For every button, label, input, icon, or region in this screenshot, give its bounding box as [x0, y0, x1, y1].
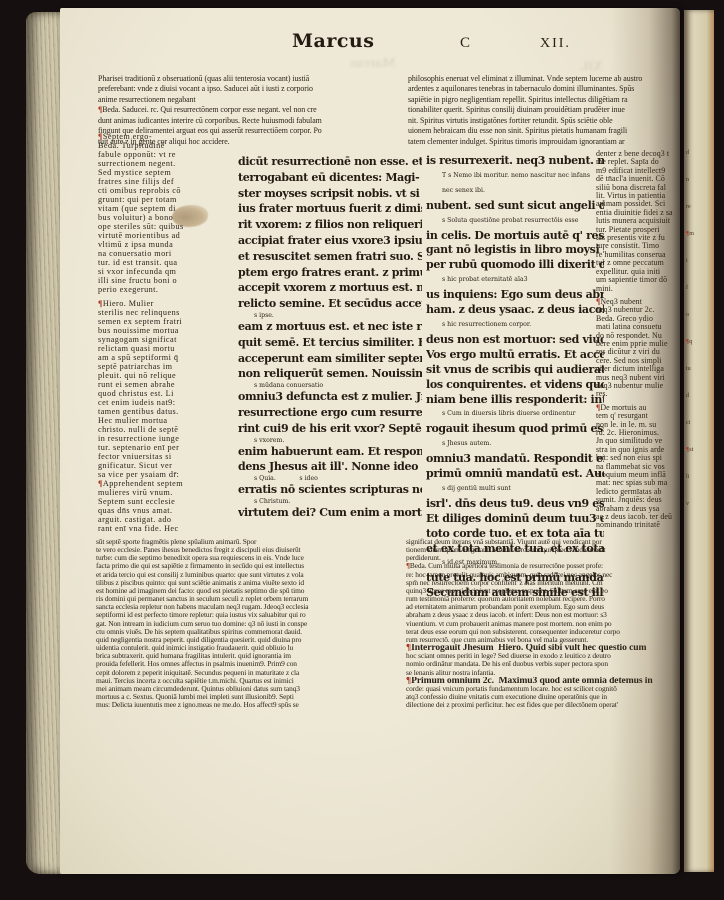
text-line: bat: sed non eius spi [596, 454, 684, 462]
text-line: sūt septē sporte fragmētis plene spūaliu… [96, 538, 410, 546]
text-line: deus non est mortuor: sed viuor [426, 333, 604, 348]
text-line: septē patriarchas im [98, 362, 238, 371]
text-line: Beda. Turpitudinē [98, 141, 238, 150]
text-line: se lenanis alitur nostra infantia. [406, 669, 686, 677]
text-line: neq3 nubentur 2c. [596, 306, 684, 314]
text-line: ius frater mortuus fuerit z dimise- [238, 201, 422, 217]
text-line: ptem ergo fratres erant. z primus [238, 265, 422, 281]
text-line: in resurrectione iunge [98, 434, 238, 443]
text-line: s ipse. [238, 312, 422, 319]
text-line: virtutē morientibus ad [98, 231, 238, 240]
text-line: significat deum iterans vnā substantiā. … [406, 538, 686, 546]
text-line: Sed mystice septem [98, 168, 238, 177]
text-line: tur. Pietate prosperi [596, 226, 684, 234]
text-line: ¶Neq3 nubent [596, 298, 684, 306]
text-line: quit semē. Et tercius similiter. Et [238, 335, 422, 351]
text-line: tionem suam quam elegerant. Mortui vero … [406, 546, 686, 554]
text-line: quod christus est. Li [98, 389, 238, 398]
text-line: Septem sunt ecclesie [98, 497, 238, 506]
bottom-commentary-left: sūt septē sporte fragmētis plene spūaliu… [96, 538, 410, 709]
rubric-pilcrow: ¶ [98, 479, 103, 488]
text-line: mati latina consuetu [596, 323, 684, 331]
text-line: tur. id est transit. qua [98, 258, 238, 267]
text-line: ad eternitatem animarum probandam ponit … [406, 603, 686, 611]
text-line: mus: Delicta iuuentutis mee z igno.meas … [96, 701, 410, 709]
text-line: tilibus z piscibus quinto: qui sunt sciē… [96, 579, 410, 587]
text-line: ¶Beda. Cum multa apertiora testimonia de… [406, 562, 686, 570]
page-title-book: Marcus [292, 30, 374, 52]
text-line: tas presentis vite z fu [596, 234, 684, 242]
text-line: et arida tercio qui est consilij z lumin… [96, 571, 410, 579]
text-line: nit. Spiritus virtutis instigatōnes fort… [408, 116, 682, 126]
text-line: per rubū quomodo illi dixerit de [426, 258, 604, 273]
adjacent-page-text-fragment: re [686, 194, 712, 221]
text-line: Hec mulier mortua [98, 416, 238, 425]
rubric-pilcrow: ¶ [406, 677, 411, 685]
text-line: s hic probat eternitatē aīa3 [426, 273, 604, 288]
text-line: accepit vxorem z mortuus est. nō [238, 280, 422, 296]
fore-edge-red-stain [711, 13, 721, 870]
chapter-letter: C [460, 35, 470, 52]
text-line: ru. 2c. Hieronimus. [596, 429, 684, 437]
text-line: rum testimoniā proferre: quorum autorita… [406, 595, 686, 603]
text-line: cet enim iudeis nat9: [98, 398, 238, 407]
text-line: eam z mortuus est. et nec iste reli- [238, 319, 422, 335]
adjacent-page-text-fragment: o [686, 302, 712, 329]
text-line: semen ex septem fratri [98, 317, 238, 326]
text-line: ledicto germīatas ab [596, 488, 684, 496]
text-line: nominando trinitatē [596, 521, 684, 529]
text-line: omniu3 defuncta est z mulier. Jn [238, 389, 422, 405]
text-line: s Christum. [238, 498, 422, 505]
text-line: est homine ad imaginem dei facto: quod e… [96, 587, 410, 595]
text-line: runt ei semen abrahe [98, 380, 238, 389]
text-line: turbe: cum die septimo benedixit opera s… [96, 554, 410, 562]
adjacent-page-text-fragment: ¶st [686, 437, 712, 464]
text-line: atq3 confessio diuine vnitatis cum execu… [406, 693, 686, 701]
text-line: am a spū septiformi q̄ [98, 353, 238, 362]
text-line: Et diliges dominū deum tuu3 ex [426, 512, 604, 527]
text-line: surrectionem negent. [98, 159, 238, 168]
text-line: abraham z deus ysa [596, 505, 684, 513]
text-line: gnificatur. Sicut ver [98, 461, 238, 470]
text-line: arguit. castigat. ado [98, 515, 238, 524]
text-line: brica subtraxerit. quid humana fragilita… [96, 652, 410, 660]
text-line: uionem hebraicam diu esse non sinit. Spi… [408, 126, 682, 136]
text-line: citer dictum intelliga [596, 365, 684, 373]
text-line: bus nouissime mortua [98, 326, 238, 335]
text-line: ope steriles sūt: quibus [98, 222, 238, 231]
text-line: terat deus esse eorum qui non subsistere… [406, 628, 686, 636]
text-line: dunt animas iudicantes interire cū corpo… [98, 116, 400, 126]
text-line: relictam quasi mortu [98, 344, 238, 353]
text-line: res dicūtur z viri du [596, 348, 684, 356]
text-line: gat. Non intream in iudicium cum seruo t… [96, 620, 410, 628]
text-line: ac z deus iacob. ter deū [596, 513, 684, 521]
text-line: rum resurrectō. que cum animabus vel bon… [406, 636, 686, 644]
text-line: septiformi id est perfecto timore replet… [96, 611, 410, 619]
text-line: quas dn̄s vnus amat. [98, 506, 238, 515]
text-line: ham. z deus ysaac. z deus iacob. [426, 303, 604, 318]
text-line: prouida fefellerit. Hos omnes affectus i… [96, 660, 410, 668]
text-line: sit vnus de scribis qui audierat il [426, 363, 604, 378]
text-line: tem q' resurgant [596, 412, 684, 420]
text-line: philosophis eneruat vel eliminat z illum… [408, 74, 682, 84]
text-line: vitam (que septem di [98, 204, 238, 213]
text-line: us inquiens: Ego sum deus abra [426, 288, 604, 303]
page-header: Marcus XII. Marcus C XII. [60, 26, 680, 56]
text-line: corde: quasi vnicum portatis fundamentum… [406, 685, 686, 693]
text-line: s Jhesus autem. [426, 437, 604, 452]
rubric-pilcrow: ¶ [686, 339, 689, 345]
bottom-commentary-right: significat deum iterans vnā substantiā. … [406, 538, 686, 709]
text-line: me replet. Sapīa do [596, 158, 684, 166]
text-line: bus voluitur) a bono [98, 213, 238, 222]
text-line: sapiētie in pigro negligentiam repellit.… [408, 95, 682, 105]
text-line: neq3 nubentur mulie [596, 382, 684, 390]
text-line: dilectione dei z proximi perficitur. hec… [406, 701, 686, 709]
text-line: T s Nemo ibi moritur. nemo nascitur nec … [426, 169, 604, 184]
text-line: sumit. Jnquiēs: deus [596, 496, 684, 504]
text-line: cepit dolorem z peperit iniquitatē. Secu… [96, 669, 410, 677]
text-line: na flammebat sic vos [596, 463, 684, 471]
adjacent-page-text-fragment: ci [686, 410, 712, 437]
text-line: re: hoc tamen protulit quamuis ambiguum.… [406, 571, 686, 579]
adjacent-page-text-fragment: d [686, 140, 712, 167]
text-line: fabule opponūt: vt re [98, 150, 238, 159]
adjacent-page-text-fragment: f [686, 275, 712, 302]
text-line: fratres sine filijs def [98, 177, 238, 186]
text-line: relicto semine. Et secūdus accepit [238, 296, 422, 312]
text-line: ¶Hiero. Mulier [98, 299, 238, 308]
rubric-pilcrow: ¶ [596, 404, 600, 412]
text-line: dens Jhesus ait ill'. Nonne ideo [238, 459, 422, 475]
text-line: tamen gentibus datus. [98, 407, 238, 416]
text-line: eloquium meum inflā [596, 471, 684, 479]
text-line: rogauit ihesum quod primū esset [426, 422, 604, 437]
text-line: Jn quo similitudo ve [596, 437, 684, 445]
text-line: hoc sciant omnes periti in lege? Sed diu… [406, 652, 686, 660]
text-line: et resuscitet semen fratri suo. Se- [238, 249, 422, 265]
text-line: mat: nec spias sub ma [596, 479, 684, 487]
adjacent-page-text-fragment: li [686, 464, 712, 491]
adjacent-page-text-fragment: tu [686, 356, 712, 383]
text-line: ris domini qui permanet sanctus in secul… [96, 595, 410, 603]
text-line: rit vxorem: z filios non reliquerit [238, 217, 422, 233]
rubric-pilcrow: ¶ [98, 299, 103, 308]
text-line: tionabiliter querit. Spiritus consilij d… [408, 105, 682, 115]
text-line: do nō respondet. Nu [596, 332, 684, 340]
text-line: um sapientie timor dō [596, 276, 684, 284]
adjacent-page-text-fragment: n [686, 167, 712, 194]
adjacent-page-text-fragment: ¶m [686, 221, 712, 248]
adjacent-page-edge: dnre¶mifo¶qtudci¶stliv [684, 10, 714, 872]
text-line: s hic resurrectionem corpor. [426, 318, 604, 333]
text-line: rint cui9 de his erit vxor? Septē [238, 421, 422, 437]
text-line: Vos ergo multū erratis. Et acces [426, 348, 604, 363]
text-line: ¶Interrogauit Jhesum Hiero. Quid sibi vu… [406, 644, 686, 652]
text-line: vltimū z ipsa munda [98, 240, 238, 249]
rubric-pilcrow: ¶ [98, 105, 102, 114]
text-line: dē tn̄acl'a inuenit. Cō [596, 175, 684, 183]
text-line: mortuus a c. Sextus. Quoniā lumbi mei im… [96, 693, 410, 701]
text-line: sancta ecclesia repletur non habens macu… [96, 603, 410, 611]
text-line: ctu omnis viuēs. De his septem qualitati… [96, 628, 410, 636]
text-line: s mūdana conuersatio [238, 382, 422, 389]
text-line: animam possidet. Sci [596, 200, 684, 208]
text-line: terrogabant eū dicentes: Magi- [238, 170, 422, 186]
text-line: nomio ordinātur mandata. De his enī duob… [406, 660, 686, 668]
text-line: quid negligentia nostra peperit. quid di… [96, 636, 410, 644]
text-line: s dij gentiū multi sunt [426, 482, 604, 497]
text-line: preferebant: vnde z diuisi vocant a ipso… [98, 84, 400, 94]
text-line: non reliquerūt semen. Nouissima [238, 366, 422, 382]
rubric-pilcrow: ¶ [98, 132, 103, 141]
text-line: abraham z deus ysaac z deus iacob. et in… [406, 611, 686, 619]
text-line: mini. [596, 285, 684, 293]
text-line: los conquirentes. et videns quo [426, 378, 604, 393]
adjacent-page-text: dnre¶mifo¶qtudci¶stliv [686, 140, 712, 518]
text-line: stra in quo ignis arde [596, 446, 684, 454]
text-line: perio exegerunt. [98, 285, 238, 294]
showthrough-text: Marcus [350, 56, 396, 72]
left-gloss-column: ¶Septem ergo-Beda. Turpitudinēfabule opp… [98, 132, 238, 536]
text-line: si vxor infecunda qm [98, 267, 238, 276]
text-line: isrl'. dn̄s deus tu9. deus vn9 est. [426, 497, 604, 512]
text-line: res. [596, 390, 684, 398]
folio-chapter-number: XII. [540, 36, 571, 52]
text-line: pleuit. qui nō relique [98, 371, 238, 380]
adjacent-page-text-fragment: d [686, 383, 712, 410]
text-line: rant enī vna fide. Hec [98, 524, 238, 533]
text-line: s Quia. s ideo [238, 475, 422, 482]
showthrough-text: XII. [580, 58, 603, 74]
bible-text-column-2: is resurrexerit. neq3 nubent. neq3T s Ne… [426, 154, 604, 601]
text-line: lit. Virtus in patientia [596, 192, 684, 200]
rubric-pilcrow: ¶ [406, 644, 411, 652]
text-line: tur. septenario enī per [98, 443, 238, 452]
text-line: illi sine fructu boni o [98, 276, 238, 285]
text-line: perdiderunt. [406, 554, 686, 562]
text-line: tur z omne peccatum [596, 259, 684, 267]
text-line: anime resurrectionem negabant [98, 95, 400, 105]
book-page: Marcus XII. Marcus C XII. Pharisei tradi… [60, 8, 680, 874]
rubric-pilcrow: ¶ [686, 447, 689, 453]
text-line: christo. nulli de septē [98, 425, 238, 434]
text-line: uidentia contulerit. quid inimici instig… [96, 644, 410, 652]
text-line: resurrectione ergo cum resurrexe- [238, 405, 422, 421]
right-gloss-column: denter z bene decoq3 tme replet. Sapīa d… [596, 150, 684, 536]
rubric-pilcrow: ¶ [406, 562, 410, 570]
text-line: non le. in le. m. su [596, 421, 684, 429]
text-line: lutis munera acquisiuit [596, 217, 684, 225]
text-line: sa vice per ysaiam dr̄: [98, 470, 238, 479]
text-line: ¶Primum omnium 2c. Maximu3 quod ante omn… [406, 677, 686, 685]
text-line: Pharisei traditionū z obseruationū (quas… [98, 74, 400, 84]
rubric-pilcrow: ¶ [596, 298, 600, 306]
text-line: ¶Beda. Saducei. rc. Qui resurrectōnem co… [98, 105, 400, 115]
bible-text-column-1: dicūt resurrectionē non esse. et interro… [238, 154, 422, 521]
text-line: denter z bene decoq3 t [596, 150, 684, 158]
text-line: fector vniuersitas si [98, 452, 238, 461]
text-line: ¶Apprehendent septem [98, 479, 238, 488]
text-line: Beda. Greco ydio [596, 315, 684, 323]
text-line: tatem clementer indulget. Spiritus timor… [408, 137, 682, 147]
text-line: cere. Sed nos simpli [596, 357, 684, 365]
text-line: cti omibus reprobis cō [98, 186, 238, 195]
text-line: virtutem dei? Cum enim a mortu- [238, 505, 422, 521]
text-line: quinq3 libros moysi recipiunt prophetas … [406, 587, 686, 595]
text-line: ardentes z aquilonares tenebras in taber… [408, 84, 682, 94]
text-line: m9 edificat intellect9 [596, 167, 684, 175]
text-line: te vero ecclesie. Panes ihesus benedicto… [96, 546, 410, 554]
text-line: dicūt resurrectionē non esse. et in [238, 154, 422, 170]
adjacent-page-text-fragment: i [686, 248, 712, 275]
text-line: bere enim pprie mulie [596, 340, 684, 348]
text-line: nubent. sed sunt sicut angeli dei [426, 199, 604, 214]
text-line: expellitur. quia initi [596, 268, 684, 276]
text-line: accipiat frater eius vxore3 ipsius [238, 233, 422, 249]
text-line: niam bene illis responderit: inter [426, 393, 604, 408]
text-line: omniu3 mandatū. Respondit ei: q3 [426, 452, 604, 467]
text-line: ¶De mortuis au [596, 404, 684, 412]
text-line: entia diuinitie fidei z sa [596, 209, 684, 217]
text-line: sterilis nec relinquens [98, 308, 238, 317]
text-line: facta primo die qui est sapiētie z firma… [96, 562, 410, 570]
text-line: erratis nō scientes scripturas neq3 [238, 482, 422, 498]
text-line: viuentium. vt cum probauerit animas mane… [406, 620, 686, 628]
text-line: mulieres virū vnum. [98, 488, 238, 497]
text-line: enim habuerunt eam. Et respon- [238, 444, 422, 460]
text-line: synagogam significat [98, 335, 238, 344]
text-line: acceperunt eam similiter septem z [238, 351, 422, 367]
rubric-pilcrow: ¶ [686, 231, 689, 237]
text-line: na conuersatio mori [98, 249, 238, 258]
text-line: gruunt: qui per totam [98, 195, 238, 204]
text-line: primū omniū mandatū est. Audi [426, 467, 604, 482]
text-line: re humilitas conserua [596, 251, 684, 259]
text-line: maui. Tercius incerta z occulta sapiētie… [96, 677, 410, 685]
text-line: nec senex ibi. [426, 184, 604, 199]
text-line: in celis. De mortuis autē q' resur [426, 229, 604, 244]
text-line: siliū bona discreta fal [596, 184, 684, 192]
text-line: spm̄ nec resurrectōem corpor confitent' … [406, 579, 686, 587]
text-line: mei animam meam circumdederunt. Quintus … [96, 685, 410, 693]
text-line: ster moyses scripsit nobis. vt si cu- [238, 186, 422, 202]
adjacent-page-text-fragment: v [686, 491, 712, 518]
text-line: mus neq3 nubent viri [596, 374, 684, 382]
top-commentary-right: philosophis eneruat vel eliminat z illum… [408, 74, 682, 147]
text-line: s Cum in diuersis libris diuerse ordinen… [426, 407, 604, 422]
text-line: ture consistit. Timo [596, 242, 684, 250]
text-line: s vxorem. [238, 437, 422, 444]
text-line: ¶Septem ergo- [98, 132, 238, 141]
text-line: s Soluta questiōne probat resurrectōis e… [426, 214, 604, 229]
text-line: is resurrexerit. neq3 nubent. neq3 [426, 154, 604, 169]
text-line: gant nō legistis in libro moysi su [426, 243, 604, 258]
adjacent-page-text-fragment: ¶q [686, 329, 712, 356]
